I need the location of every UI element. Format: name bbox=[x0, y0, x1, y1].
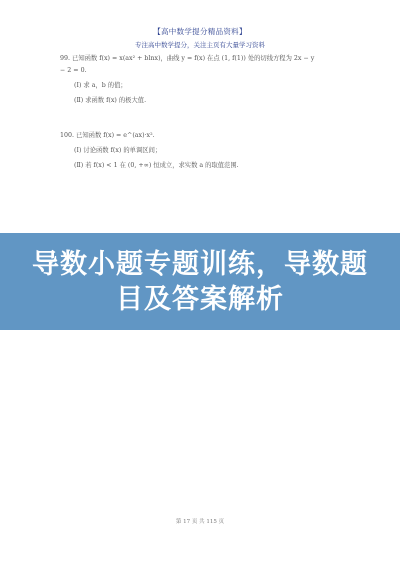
page-footer: 第 17 页 共 115 页 bbox=[0, 517, 400, 525]
problem-part-2: (Ⅱ) 若 f(x) < 1 在 (0, +∞) 恒成立，求实数 a 的取值范围… bbox=[74, 161, 360, 170]
brand-title: 【高中数学提分精品资料】 bbox=[0, 26, 400, 37]
banner-title: 导数小题专题训练，导数题目及答案解析 bbox=[30, 247, 370, 317]
problem-part-1: (Ⅰ) 讨论函数 f(x) 的单调区间； bbox=[74, 146, 360, 155]
document-header: 【高中数学提分精品资料】 专注高中数学提分，关注主页有大量学习资料 bbox=[0, 26, 400, 51]
document-page: 【高中数学提分精品资料】 专注高中数学提分，关注主页有大量学习资料 99. 已知… bbox=[0, 0, 400, 565]
problem-stem: 99. 已知函数 f(x) = x(ax² + blnx)，曲线 y = f(x… bbox=[60, 54, 360, 63]
title-banner: 导数小题专题训练，导数题目及答案解析 bbox=[0, 233, 400, 330]
problem-text: 已知函数 f(x) = x(ax² + blnx)，曲线 y = f(x) 在点… bbox=[72, 55, 314, 62]
problem-number: 99. bbox=[60, 55, 70, 62]
brand-slogan: 专注高中数学提分，关注主页有大量学习资料 bbox=[0, 40, 400, 51]
problem-stem-continued: − 2 = 0. bbox=[60, 66, 360, 75]
problem-99: 99. 已知函数 f(x) = x(ax² + blnx)，曲线 y = f(x… bbox=[60, 54, 360, 105]
page-number: 第 17 页 共 115 页 bbox=[176, 519, 224, 525]
problem-text: 已知函数 f(x) = e^(ax)·x². bbox=[76, 132, 155, 139]
problem-100: 100. 已知函数 f(x) = e^(ax)·x². (Ⅰ) 讨论函数 f(x… bbox=[60, 131, 360, 170]
problem-part-2: (Ⅱ) 求函数 f(x) 的极大值. bbox=[74, 96, 360, 105]
problem-stem: 100. 已知函数 f(x) = e^(ax)·x². bbox=[60, 131, 360, 140]
problem-part-1: (Ⅰ) 求 a，b 的值； bbox=[74, 81, 360, 90]
problem-number: 100. bbox=[60, 132, 74, 139]
